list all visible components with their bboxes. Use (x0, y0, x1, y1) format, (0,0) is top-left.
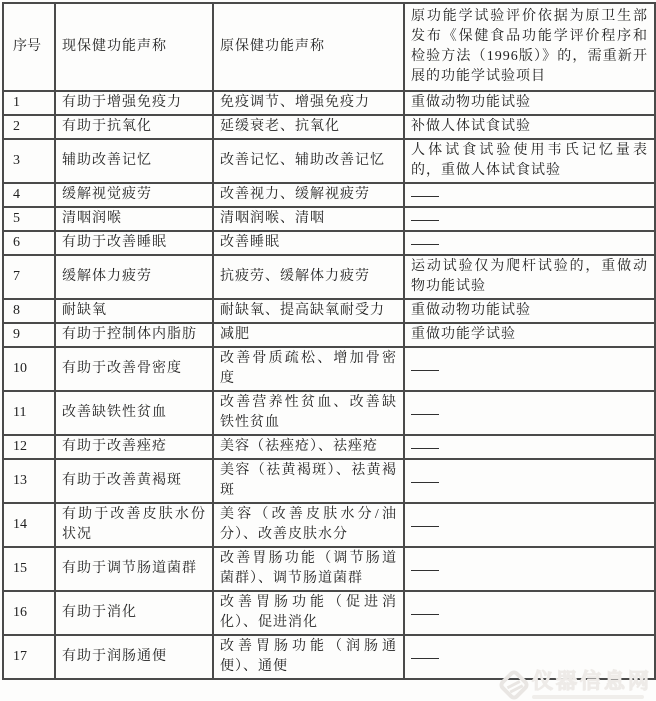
table-row: 12有助于改善痤疮美容（祛痤疮）、祛痤疮—— (3, 435, 655, 459)
cell-original-claim: 美容（祛黄褐斑）、祛黄褐斑 (213, 459, 404, 503)
cell-serial-number: 10 (3, 347, 55, 391)
cell-retest-requirement: —— (404, 347, 655, 391)
cell-current-claim: 有助于消化 (55, 591, 213, 635)
cell-original-claim: 耐缺氧、提高缺氧耐受力 (213, 299, 404, 323)
cell-original-claim: 改善视力、缓解视疲劳 (213, 183, 404, 207)
document-page: 序号 现保健功能声称 原保健功能声称 原功能学试验评价依据为原卫生部发布《保健食… (0, 0, 656, 701)
cell-serial-number: 9 (3, 323, 55, 347)
cell-current-claim: 有助于改善黄褐斑 (55, 459, 213, 503)
cell-current-claim: 有助于抗氧化 (55, 115, 213, 139)
cell-current-claim: 有助于改善睡眠 (55, 231, 213, 255)
cell-original-claim: 延缓衰老、抗氧化 (213, 115, 404, 139)
cell-retest-requirement: 人体试食试验使用韦氏记忆量表的，重做人体试食试验 (404, 139, 655, 183)
cell-original-claim: 改善睡眠 (213, 231, 404, 255)
cell-retest-requirement: 补做人体试食试验 (404, 115, 655, 139)
cell-retest-requirement: —— (404, 391, 655, 435)
cell-original-claim: 美容（祛痤疮）、祛痤疮 (213, 435, 404, 459)
cell-original-claim: 改善骨质疏松、增加骨密度 (213, 347, 404, 391)
cell-current-claim: 有助于控制体内脂肪 (55, 323, 213, 347)
cell-original-claim: 美容（改善皮肤水分/油分）、改善皮肤水分 (213, 503, 404, 547)
cell-serial-number: 7 (3, 255, 55, 299)
table-row: 11改善缺铁性贫血改善营养性贫血、改善缺铁性贫血—— (3, 391, 655, 435)
cell-current-claim: 有助于润肠通便 (55, 635, 213, 679)
cell-current-claim: 有助于改善骨密度 (55, 347, 213, 391)
cell-current-claim: 缓解视觉疲劳 (55, 183, 213, 207)
table-row: 7缓解体力疲劳抗疲劳、缓解体力疲劳运动试验仅为爬杆试验的，重做动物功能试验 (3, 255, 655, 299)
cell-original-claim: 改善胃肠功能（促进消化）、促进消化 (213, 591, 404, 635)
cell-serial-number: 5 (3, 207, 55, 231)
cell-serial-number: 12 (3, 435, 55, 459)
cell-original-claim: 清咽润喉、清咽 (213, 207, 404, 231)
table-row: 4缓解视觉疲劳改善视力、缓解视疲劳—— (3, 183, 655, 207)
table-row: 14有助于改善皮肤水份状况美容（改善皮肤水分/油分）、改善皮肤水分—— (3, 503, 655, 547)
cell-current-claim: 辅助改善记忆 (55, 139, 213, 183)
cell-current-claim: 缓解体力疲劳 (55, 255, 213, 299)
cell-retest-requirement: —— (404, 547, 655, 591)
cell-serial-number: 17 (3, 635, 55, 679)
cell-original-claim: 抗疲劳、缓解体力疲劳 (213, 255, 404, 299)
table-row: 17有助于润肠通便改善胃肠功能（润肠通便）、通便—— (3, 635, 655, 679)
cell-retest-requirement: —— (404, 231, 655, 255)
cell-serial-number: 3 (3, 139, 55, 183)
cell-serial-number: 16 (3, 591, 55, 635)
cell-serial-number: 15 (3, 547, 55, 591)
header-original-claim: 原保健功能声称 (213, 3, 404, 91)
cell-current-claim: 有助于增强免疫力 (55, 91, 213, 115)
cell-serial-number: 8 (3, 299, 55, 323)
cell-current-claim: 有助于改善皮肤水份状况 (55, 503, 213, 547)
cell-retest-requirement: 重做动物功能试验 (404, 91, 655, 115)
health-function-claims-table: 序号 现保健功能声称 原保健功能声称 原功能学试验评价依据为原卫生部发布《保健食… (2, 2, 656, 680)
header-serial-number: 序号 (3, 3, 55, 91)
cell-retest-requirement: —— (404, 591, 655, 635)
header-retest-requirement: 原功能学试验评价依据为原卫生部发布《保健食品功能学评价程序和检验方法（1996版… (404, 3, 655, 91)
cell-serial-number: 4 (3, 183, 55, 207)
table-row: 3辅助改善记忆改善记忆、辅助改善记忆人体试食试验使用韦氏记忆量表的，重做人体试食… (3, 139, 655, 183)
cell-retest-requirement: 重做功能学试验 (404, 323, 655, 347)
cell-retest-requirement: —— (404, 635, 655, 679)
cell-original-claim: 减肥 (213, 323, 404, 347)
table-header: 序号 现保健功能声称 原保健功能声称 原功能学试验评价依据为原卫生部发布《保健食… (3, 3, 655, 91)
cell-serial-number: 13 (3, 459, 55, 503)
cell-current-claim: 改善缺铁性贫血 (55, 391, 213, 435)
header-current-claim: 现保健功能声称 (55, 3, 213, 91)
table-row: 5清咽润喉清咽润喉、清咽—— (3, 207, 655, 231)
cell-retest-requirement: —— (404, 503, 655, 547)
cell-retest-requirement: —— (404, 207, 655, 231)
cell-serial-number: 11 (3, 391, 55, 435)
cell-current-claim: 有助于调节肠道菌群 (55, 547, 213, 591)
cell-retest-requirement: —— (404, 435, 655, 459)
table-row: 6有助于改善睡眠改善睡眠—— (3, 231, 655, 255)
cell-retest-requirement: 运动试验仅为爬杆试验的，重做动物功能试验 (404, 255, 655, 299)
cell-current-claim: 清咽润喉 (55, 207, 213, 231)
cell-original-claim: 改善胃肠功能（调节肠道菌群）、调节肠道菌群 (213, 547, 404, 591)
cell-current-claim: 有助于改善痤疮 (55, 435, 213, 459)
cell-serial-number: 14 (3, 503, 55, 547)
cell-retest-requirement: 重做动物功能试验 (404, 299, 655, 323)
table-row: 8耐缺氧耐缺氧、提高缺氧耐受力重做动物功能试验 (3, 299, 655, 323)
cell-original-claim: 改善记忆、辅助改善记忆 (213, 139, 404, 183)
cell-serial-number: 1 (3, 91, 55, 115)
cell-current-claim: 耐缺氧 (55, 299, 213, 323)
table-row: 2有助于抗氧化延缓衰老、抗氧化补做人体试食试验 (3, 115, 655, 139)
cell-original-claim: 改善胃肠功能（润肠通便）、通便 (213, 635, 404, 679)
header-row: 序号 现保健功能声称 原保健功能声称 原功能学试验评价依据为原卫生部发布《保健食… (3, 3, 655, 91)
table-row: 10有助于改善骨密度改善骨质疏松、增加骨密度—— (3, 347, 655, 391)
table-body: 1有助于增强免疫力免疫调节、增强免疫力重做动物功能试验2有助于抗氧化延缓衰老、抗… (3, 91, 655, 679)
cell-retest-requirement: —— (404, 459, 655, 503)
table-row: 16有助于消化改善胃肠功能（促进消化）、促进消化—— (3, 591, 655, 635)
cell-original-claim: 免疫调节、增强免疫力 (213, 91, 404, 115)
table-row: 1有助于增强免疫力免疫调节、增强免疫力重做动物功能试验 (3, 91, 655, 115)
table-row: 9有助于控制体内脂肪减肥重做功能学试验 (3, 323, 655, 347)
cell-original-claim: 改善营养性贫血、改善缺铁性贫血 (213, 391, 404, 435)
table-row: 13有助于改善黄褐斑美容（祛黄褐斑）、祛黄褐斑—— (3, 459, 655, 503)
table-row: 15有助于调节肠道菌群改善胃肠功能（调节肠道菌群）、调节肠道菌群—— (3, 547, 655, 591)
watermark-subline (532, 695, 644, 699)
cell-serial-number: 2 (3, 115, 55, 139)
cell-retest-requirement: —— (404, 183, 655, 207)
cell-serial-number: 6 (3, 231, 55, 255)
